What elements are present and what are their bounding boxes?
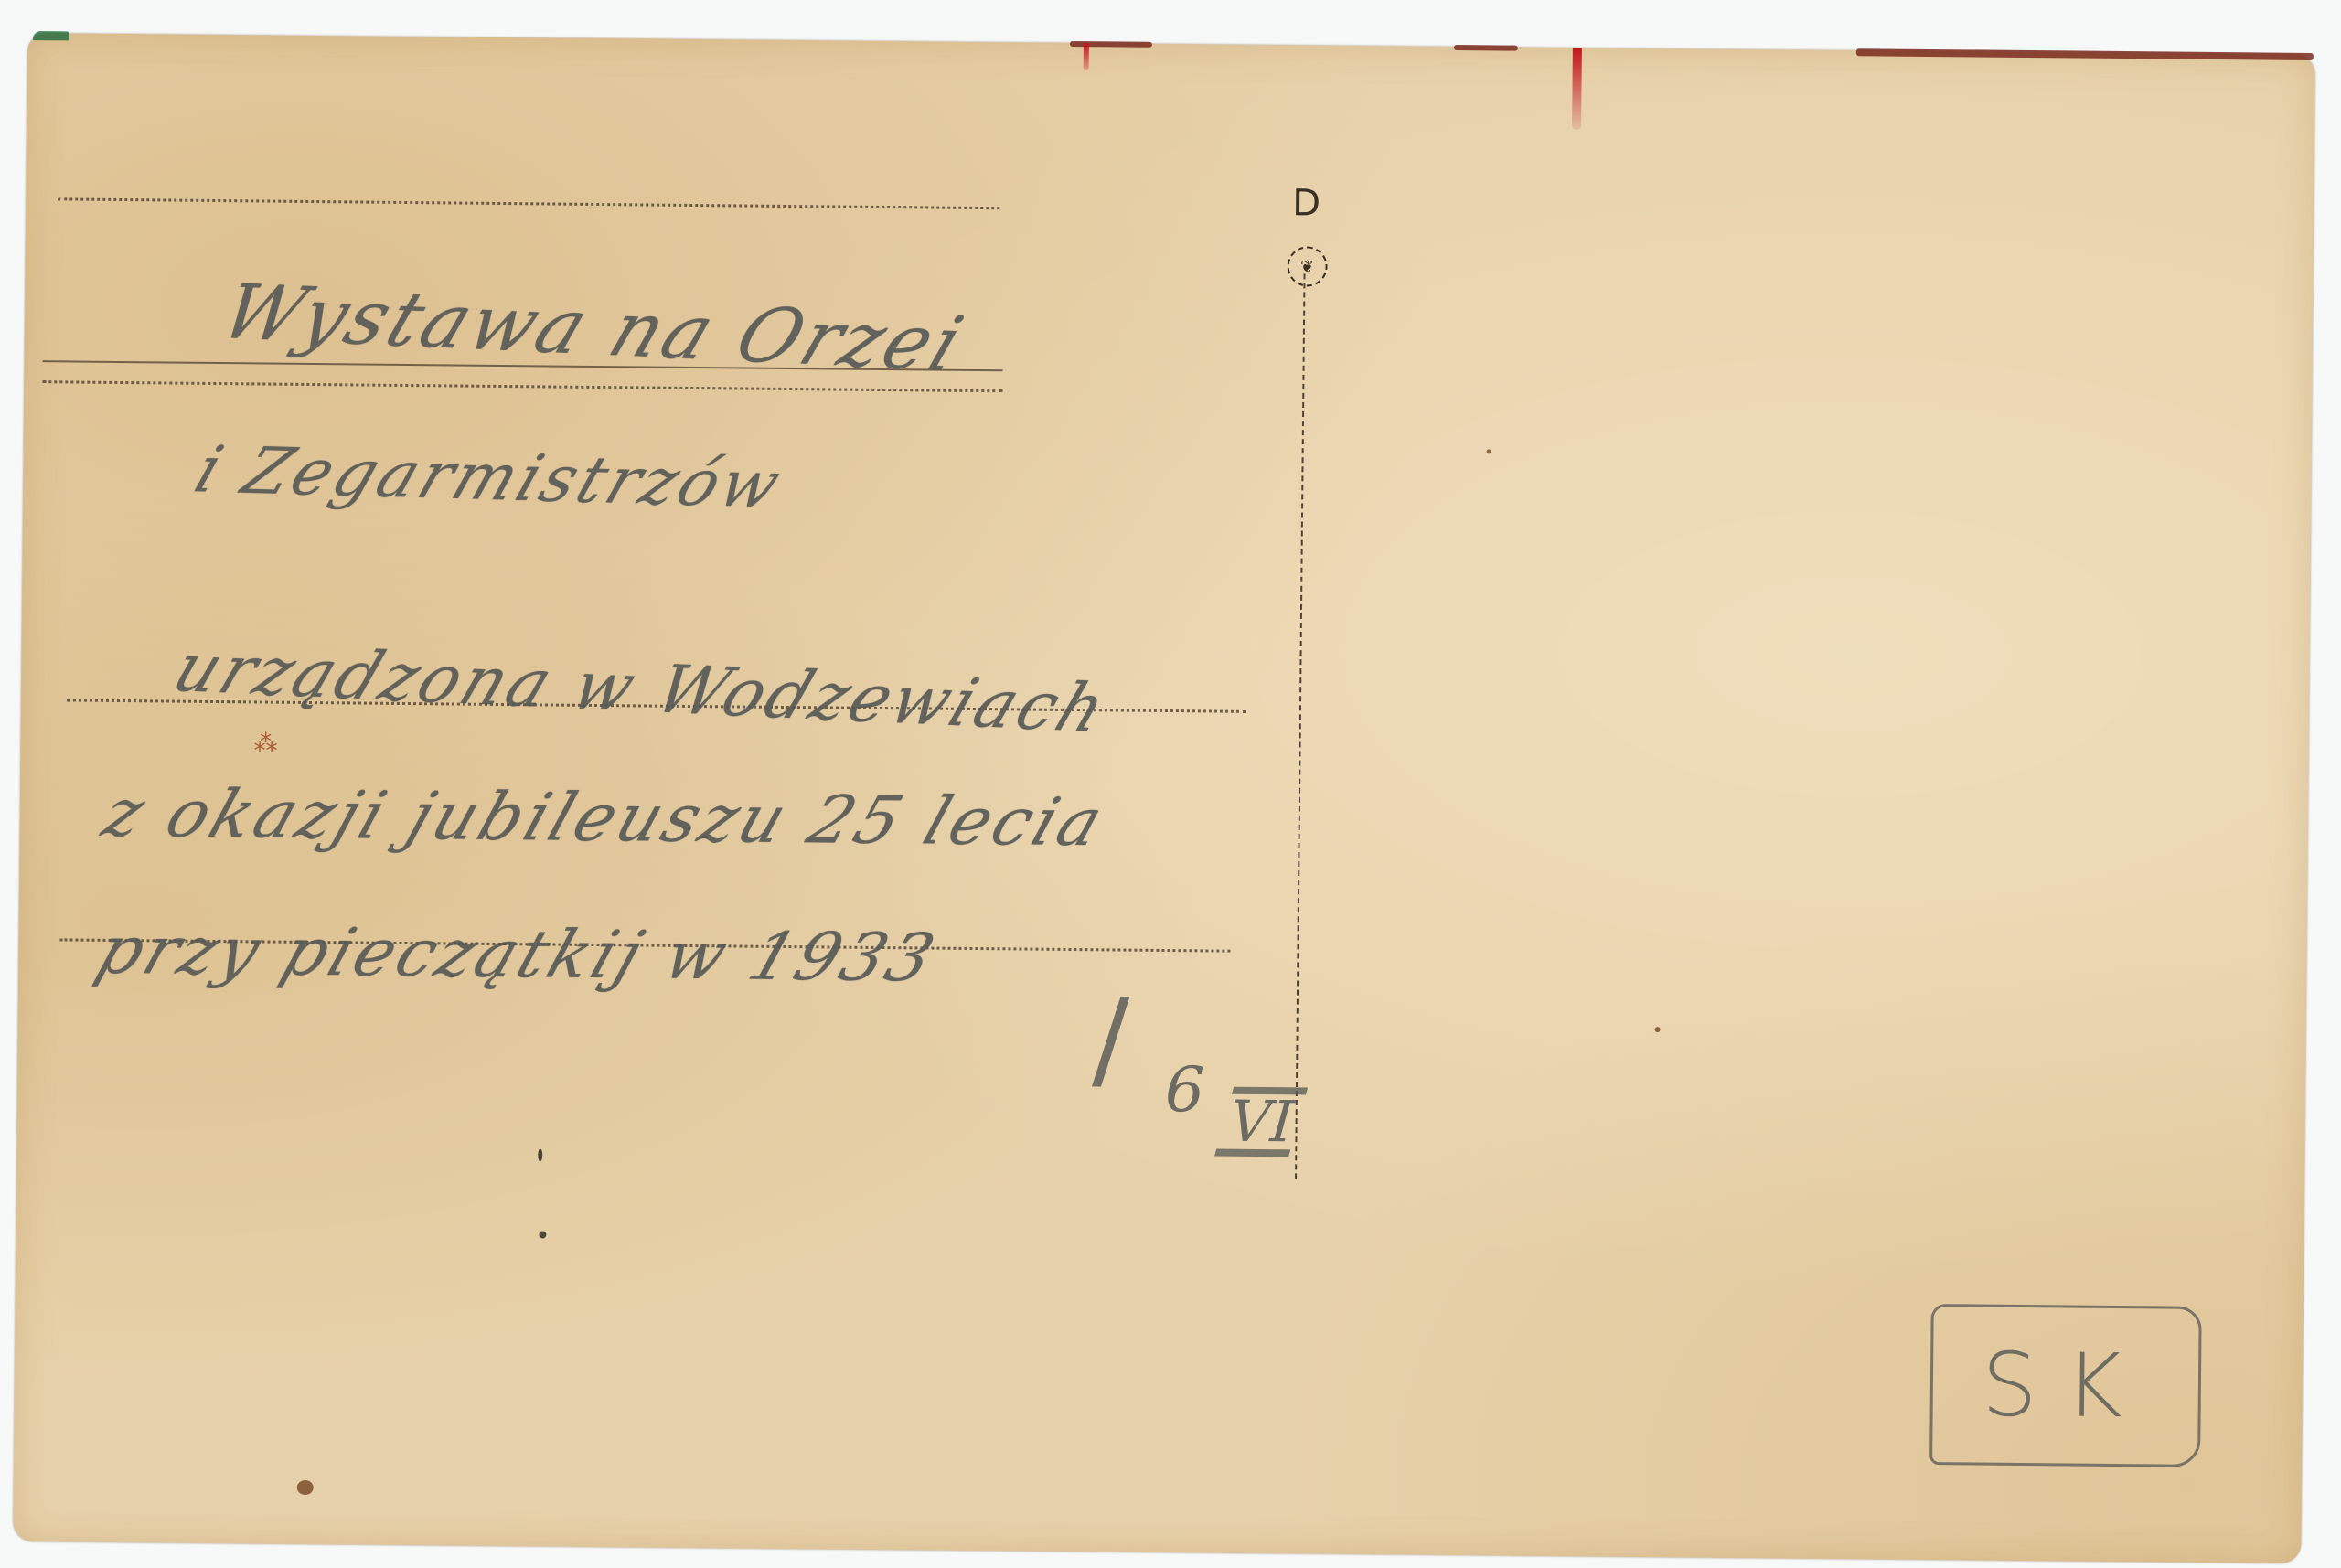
publisher-emblem-icon: ❦: [1287, 246, 1327, 286]
green-edge-stain: [33, 31, 69, 40]
red-ink-stain: [1084, 43, 1089, 70]
ink-speck: [539, 1231, 546, 1238]
handwritten-line-2: i Zegarmistrzów: [186, 432, 794, 522]
date-slash: /: [1092, 976, 1130, 1103]
printed-letter: D: [1292, 182, 1320, 224]
red-ink-stain: [1572, 48, 1582, 130]
handwritten-line-1: Wystawa na Orzei: [209, 269, 977, 389]
ink-speck: [538, 1148, 542, 1161]
center-divider: [1295, 273, 1306, 1179]
handwritten-line-5: przy pieczątkij w 1933: [88, 912, 947, 996]
edge-stain: [1070, 41, 1152, 48]
edge-stain: [1856, 48, 2314, 60]
date-month: VI: [1214, 1087, 1308, 1157]
initials-text: SK: [1981, 1334, 2150, 1438]
date-day: 6: [1165, 1054, 1205, 1126]
handwritten-line-3: urządzona w Wodzewiach: [164, 629, 1119, 747]
address-line-dotted: [58, 197, 999, 209]
rust-spot: [1655, 1027, 1661, 1032]
initials-box: SK: [1929, 1304, 2202, 1467]
edge-stain: [1454, 45, 1518, 51]
postcard-back: D ❦ Wystawa na Orzei i Zegarmistrzów urz…: [13, 33, 2315, 1563]
rust-spot: [297, 1480, 314, 1495]
rust-stain: ⁂: [253, 730, 277, 757]
handwritten-line-4: z okazji jubileuszu 25 lecia: [94, 774, 1116, 860]
rust-spot: [1487, 449, 1491, 453]
